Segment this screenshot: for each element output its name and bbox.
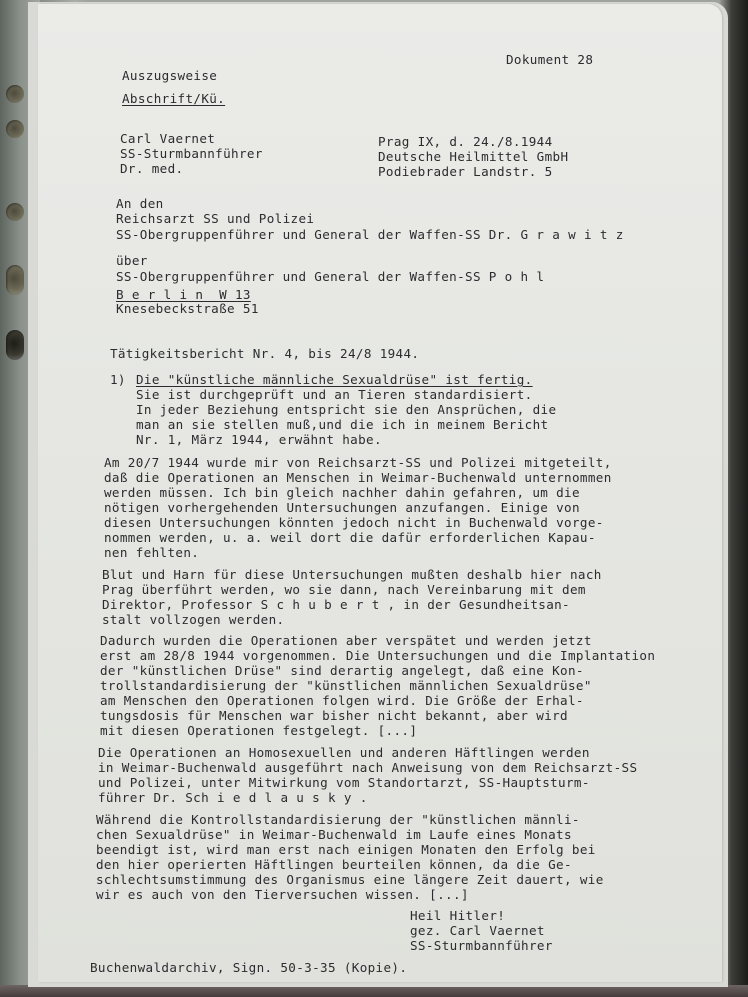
paragraph-line: schlechtsumstimmung des Organismus eine … <box>96 872 604 888</box>
company-name: Deutsche Heilmittel GmbH <box>378 149 568 165</box>
recipient-line-2: Reichsarzt SS und Polizei <box>116 211 314 227</box>
binder-hole <box>6 120 24 138</box>
paragraph-line: Am 20/7 1944 wurde mir von Reichsarzt-SS… <box>104 455 612 471</box>
paragraph-line: erst am 28/8 1944 vorgenommen. Die Unter… <box>100 648 655 664</box>
item-line: Nr. 1, März 1944, erwähnt habe. <box>136 432 382 448</box>
via-label: über <box>116 253 148 269</box>
paragraph-line: wir es auch von den Tierversuchen wissen… <box>96 887 469 903</box>
item-headline: Die "künstliche männliche Sexualdrüse" i… <box>136 372 533 388</box>
closing-rank: SS-Sturmbannführer <box>410 938 553 954</box>
paragraph-line: chen Sexualdrüse" in Weimar-Buchenwald i… <box>96 827 572 843</box>
closing-signature: gez. Carl Vaernet <box>410 923 545 939</box>
binder-hole <box>6 85 24 103</box>
paragraph-line: am Menschen den Operationen folgen wird.… <box>100 693 584 709</box>
recipient-street: Knesebeckstraße 51 <box>116 301 259 317</box>
paragraph-line: Direktor, Professor S c h u b e r t , in… <box>102 597 570 613</box>
excerpt-label: Auszugsweise <box>122 68 217 84</box>
paragraph-line: Blut und Harn für diese Untersuchungen m… <box>102 567 602 583</box>
paragraph-line: stalt vollzogen werden. <box>102 612 284 628</box>
paragraph-line: werden müssen. Ich bin gleich nachher da… <box>104 485 580 501</box>
item-line: man an sie stellen muß,und die ich in me… <box>136 417 548 433</box>
binder-hole <box>6 203 24 221</box>
item-number: 1) <box>110 372 126 388</box>
paragraph-line: beendigt ist, wird man erst nach einigen… <box>96 842 596 858</box>
paragraph-line: trollstandardisierung der "künstlichen m… <box>100 678 592 694</box>
binder-hole <box>6 265 24 295</box>
paragraph-line: Während die Kontrollstandardisierung der… <box>96 812 580 828</box>
report-subject: Tätigkeitsbericht Nr. 4, bis 24/8 1944. <box>110 346 419 362</box>
paragraph-line: Die Operationen an Homosexuellen und and… <box>98 745 590 761</box>
document-page: Dokument 28 Auszugsweise Abschrift/Kü. C… <box>38 4 722 982</box>
paragraph-line: in Weimar-Buchenwald ausgeführt nach Anw… <box>98 760 637 776</box>
paragraph-line: tungsdosis für Menschen war bisher nicht… <box>100 708 568 724</box>
item-line: Sie ist durchgeprüft und an Tieren stand… <box>136 387 533 403</box>
via-line: SS-Obergruppenführer und General der Waf… <box>116 269 544 285</box>
binder-hole <box>6 330 24 360</box>
paragraph-line: nen fehlten. <box>104 545 199 561</box>
item-line: In jeder Beziehung entspricht sie den An… <box>136 402 556 418</box>
paragraph-line: daß die Operationen an Menschen in Weima… <box>104 470 612 486</box>
sender-title: Dr. med. <box>120 161 183 177</box>
paragraph-line: der "künstlichen Drüse" sind derartig an… <box>100 663 584 679</box>
paragraph-line: den hier operierten Häftlingen beurteile… <box>96 857 572 873</box>
recipient-line-3: SS-Obergruppenführer und General der Waf… <box>116 227 624 243</box>
paragraph-line: Dadurch wurden die Operationen aber vers… <box>100 633 592 649</box>
recipient-line-1: An den <box>116 196 164 212</box>
paragraph-line: nötigen vorhergehenden Untersuchungen an… <box>104 500 580 516</box>
paragraph-line: nommen werden, u. a. weil dort die dafür… <box>104 530 596 546</box>
company-street: Podiebrader Landstr. 5 <box>378 164 553 180</box>
paragraph-line: mit diesen Operationen festgelegt. [...] <box>100 723 417 739</box>
place-date: Prag IX, d. 24./8.1944 <box>378 134 553 150</box>
paragraph-line: diesen Untersuchungen könnten jedoch nic… <box>104 515 604 531</box>
paragraph-line: Prag überführt werden, wo sie dann, nach… <box>102 582 586 598</box>
paragraph-line: und Polizei, unter Mitwirkung vom Stando… <box>98 775 590 791</box>
copy-label: Abschrift/Kü. <box>122 91 225 107</box>
sender-name: Carl Vaernet <box>120 131 215 147</box>
document-number: Dokument 28 <box>506 52 593 68</box>
archive-source: Buchenwaldarchiv, Sign. 50-3-35 (Kopie). <box>90 960 407 976</box>
sender-rank: SS-Sturmbannführer <box>120 146 263 162</box>
paragraph-line: führer Dr. Sch i e d l a u s k y . <box>98 790 368 806</box>
closing-greeting: Heil Hitler! <box>410 908 505 924</box>
